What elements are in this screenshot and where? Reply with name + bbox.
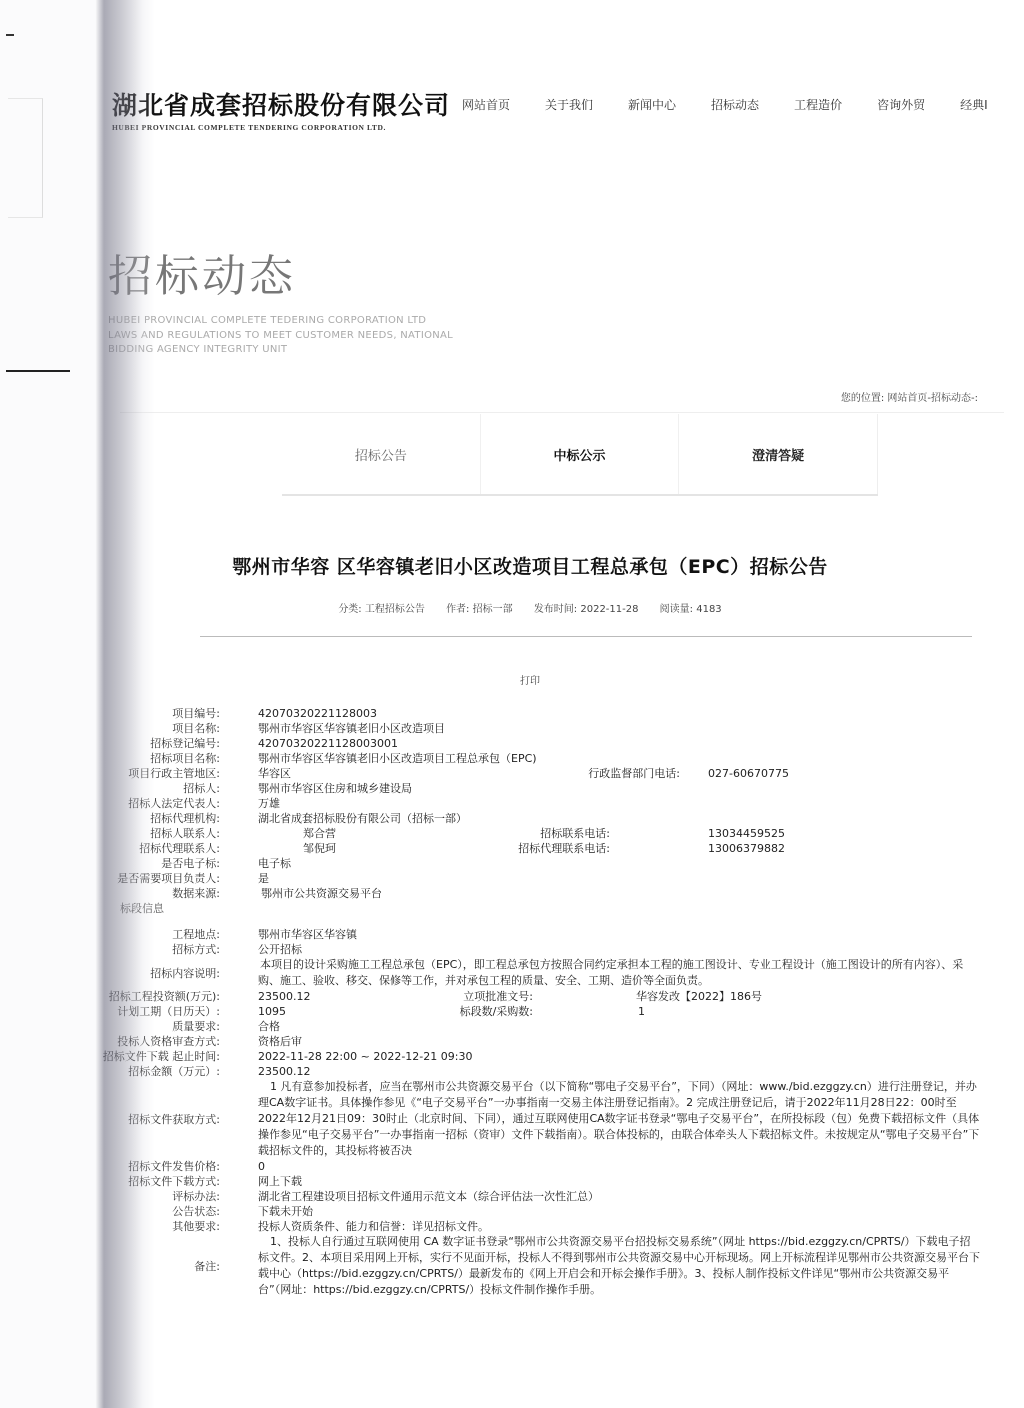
nav-classic[interactable]: 经典I bbox=[960, 96, 988, 113]
detail-row: 投标人资格审查方式: 资格后审 bbox=[100, 1034, 980, 1049]
breadcrumb[interactable]: 您的位置: 网站首页-招标动态-: bbox=[841, 389, 978, 404]
article-meta: 分类: 工程招标公告 作者: 招标一部 发布时间: 2022-11-28 阅读量… bbox=[0, 600, 1024, 615]
nav-home[interactable]: 网站首页 bbox=[462, 96, 510, 113]
divider bbox=[120, 412, 1004, 413]
value-tenderer: 鄂州市华容区住房和城乡建设局 bbox=[258, 781, 980, 796]
label-bid-project-name: 招标项目名称: bbox=[100, 751, 258, 766]
label-agency-phone: 招标代理联系电话: bbox=[430, 841, 610, 856]
detail-row: 备注: 1、投标人自行通过互联网使用 CA 数字证书登录“鄂州市公共资源交易平台… bbox=[100, 1234, 980, 1298]
tab-clarification[interactable]: 澄清答疑 bbox=[679, 414, 878, 494]
label-approval-no: 立项批准文号: bbox=[353, 989, 533, 1004]
value-eval-method: 湖北省工程建设项目招标文件通用示范文本（综合评估法一次性汇总） bbox=[258, 1189, 980, 1204]
detail-row: 公告状态: 下载未开始 bbox=[100, 1204, 980, 1219]
meta-published: 发布时间: 2022-11-28 bbox=[534, 604, 639, 615]
nav-tender-news[interactable]: 招标动态 bbox=[711, 96, 759, 113]
label-tenderer-contact: 招标人联系人: bbox=[100, 826, 258, 841]
value-qualification: 资格后审 bbox=[258, 1034, 980, 1049]
meta-category: 分类: 工程招标公告 bbox=[338, 604, 425, 615]
label-agency-contact: 招标代理联系人: bbox=[100, 841, 258, 856]
detail-row: 是否需要项目负责人: 是 bbox=[100, 871, 980, 886]
label-notice-status: 公告状态: bbox=[100, 1204, 258, 1219]
value-project-name: 鄂州市华容区华容镇老旧小区改造项目 bbox=[258, 721, 980, 736]
label-quality: 质量要求: bbox=[100, 1019, 258, 1034]
main-nav: 网站首页 关于我们 新闻中心 招标动态 工程造价 咨询外贸 经典I bbox=[462, 96, 1023, 113]
value-agency: 湖北省成套招标股份有限公司（招标一部） bbox=[258, 811, 980, 826]
value-method: 公开招标 bbox=[258, 942, 980, 957]
value-electronic: 电子标 bbox=[258, 856, 980, 871]
label-lot-count: 标段数/采购数: bbox=[353, 1004, 533, 1019]
company-logo[interactable]: 湖北省成套招标股份有限公司 HUBEI PROVINCIAL COMPLETE … bbox=[112, 86, 450, 132]
label-need-manager: 是否需要项目负责人: bbox=[100, 871, 258, 886]
label-tender-phone: 招标联系电话: bbox=[430, 826, 610, 841]
label-legal-rep: 招标人法定代表人: bbox=[100, 796, 258, 811]
company-name-en: HUBEI PROVINCIAL COMPLETE TENDERING CORP… bbox=[112, 123, 450, 132]
detail-row: 招标文件发售价格: 0 bbox=[100, 1159, 980, 1174]
tab-tender-notice[interactable]: 招标公告 bbox=[282, 414, 481, 494]
detail-row: 质量要求: 合格 bbox=[100, 1019, 980, 1034]
detail-row: 招标内容说明: 本项目的设计采购施工工程总承包（EPC），即工程总承包方按照合同… bbox=[100, 957, 980, 989]
label-eval-method: 评标办法: bbox=[100, 1189, 258, 1204]
label-remarks: 备注: bbox=[100, 1259, 258, 1274]
meta-views: 阅读量: 4183 bbox=[660, 604, 722, 615]
label-agency: 招标代理机构: bbox=[100, 811, 258, 826]
label-content: 招标内容说明: bbox=[100, 966, 258, 981]
detail-row: 计划工期（日历天）: 1095 标段数/采购数: 1 bbox=[100, 1004, 980, 1019]
detail-row: 招标文件下载方式: 网上下载 bbox=[100, 1174, 980, 1189]
value-remarks: 1、投标人自行通过互联网使用 CA 数字证书登录“鄂州市公共资源交易平台招投标交… bbox=[258, 1234, 980, 1298]
divider bbox=[200, 636, 972, 637]
detail-row: 招标工程投资额(万元): 23500.12 立项批准文号: 华容发改【2022】… bbox=[100, 989, 980, 1004]
value-need-manager: 是 bbox=[258, 871, 980, 886]
detail-row: 招标方式: 公开招标 bbox=[100, 942, 980, 957]
detail-row: 招标登记编号: 42070320221128003001 bbox=[100, 736, 980, 751]
value-agency-contact: 邹倪珂 bbox=[258, 841, 980, 856]
nav-news[interactable]: 新闻中心 bbox=[628, 96, 676, 113]
label-electronic: 是否电子标: bbox=[100, 856, 258, 871]
value-tender-phone: 13034459525 bbox=[708, 826, 785, 841]
detail-row: 招标金额（万元）: 23500.12 bbox=[100, 1064, 980, 1079]
label-supervision-phone: 行政监督部门电话: bbox=[500, 766, 680, 781]
value-download-period: 2022-11-28 22:00 ~ 2022-12-21 09:30 bbox=[258, 1049, 980, 1064]
value-bid-amount: 23500.12 bbox=[258, 1064, 980, 1079]
label-tenderer: 招标人: bbox=[100, 781, 258, 796]
detail-row: 数据来源: 鄂州市公共资源交易平台 bbox=[100, 886, 980, 901]
value-approval-no: 华容发改【2022】186号 bbox=[636, 989, 762, 1004]
label-qualification: 投标人资格审查方式: bbox=[100, 1034, 258, 1049]
label-bid-amount: 招标金额（万元）: bbox=[100, 1064, 258, 1079]
value-agency-phone: 13006379882 bbox=[708, 841, 785, 856]
detail-row: 招标文件下载 起止时间: 2022-11-28 22:00 ~ 2022-12-… bbox=[100, 1049, 980, 1064]
scan-line bbox=[6, 370, 70, 372]
section-heading: 标段信息 bbox=[100, 901, 980, 927]
value-bid-reg-no: 42070320221128003001 bbox=[258, 736, 980, 751]
detail-row: 招标项目名称: 鄂州市华容区华容镇老旧小区改造项目工程总承包（EPC) bbox=[100, 751, 980, 766]
value-lot-count: 1 bbox=[638, 1004, 645, 1019]
tender-details: 项目编号: 42070320221128003 项目名称: 鄂州市华容区华容镇老… bbox=[100, 706, 980, 1298]
banner-sub-line: HUBEI PROVINCIAL COMPLETE TEDERING CORPO… bbox=[108, 314, 453, 329]
tab-award-notice[interactable]: 中标公示 bbox=[481, 414, 680, 494]
label-bid-reg-no: 招标登记编号: bbox=[100, 736, 258, 751]
label-download-period: 招标文件下载 起止时间: bbox=[100, 1049, 258, 1064]
label-admin-region: 项目行政主管地区: bbox=[100, 766, 258, 781]
detail-row: 项目编号: 42070320221128003 bbox=[100, 706, 980, 721]
label-doc-obtain: 招标文件获取方式: bbox=[100, 1112, 258, 1127]
value-data-source: 鄂州市公共资源交易平台 bbox=[258, 886, 980, 901]
label-doc-download: 招标文件下载方式: bbox=[100, 1174, 258, 1189]
detail-row: 招标代理联系人: 邹倪珂 招标代理联系电话: 13006379882 bbox=[100, 841, 980, 856]
banner-sub-line: BIDDING AGENCY INTEGRITY UNIT bbox=[108, 343, 453, 358]
value-legal-rep: 万雄 bbox=[258, 796, 980, 811]
value-project-no: 42070320221128003 bbox=[258, 706, 980, 721]
banner-sub-line: LAWS AND REGULATIONS TO MEET CUSTOMER NE… bbox=[108, 329, 453, 344]
value-supervision-phone: 027-60670775 bbox=[708, 766, 789, 781]
label-other-req: 其他要求: bbox=[100, 1219, 258, 1234]
detail-row: 其他要求: 投标人资质条件、能力和信誉：详见招标文件。 bbox=[100, 1219, 980, 1234]
label-data-source: 数据来源: bbox=[100, 886, 258, 901]
category-tabs: 招标公告 中标公示 澄清答疑 bbox=[282, 414, 878, 496]
label-project-no: 项目编号: bbox=[100, 706, 258, 721]
value-quality: 合格 bbox=[258, 1019, 980, 1034]
scan-mark bbox=[6, 34, 14, 36]
value-doc-download: 网上下载 bbox=[258, 1174, 980, 1189]
value-bid-project-name: 鄂州市华容区华容镇老旧小区改造项目工程总承包（EPC) bbox=[258, 751, 980, 766]
detail-row: 是否电子标: 电子标 bbox=[100, 856, 980, 871]
detail-row: 招标人法定代表人: 万雄 bbox=[100, 796, 980, 811]
banner-subtitle: HUBEI PROVINCIAL COMPLETE TEDERING CORPO… bbox=[108, 314, 453, 358]
value-notice-status: 下载未开始 bbox=[258, 1204, 980, 1219]
banner-title: 招标动态 bbox=[108, 240, 296, 304]
value-other-req: 投标人资质条件、能力和信誉：详见招标文件。 bbox=[258, 1219, 980, 1234]
print-button[interactable]: 打印 bbox=[520, 672, 540, 687]
label-location: 工程地点: bbox=[100, 927, 258, 942]
label-doc-price: 招标文件发售价格: bbox=[100, 1159, 258, 1174]
company-name-cn: 湖北省成套招标股份有限公司 bbox=[112, 86, 450, 122]
detail-row: 招标人联系人: 郑合营 招标联系电话: 13034459525 bbox=[100, 826, 980, 841]
nav-about[interactable]: 关于我们 bbox=[545, 96, 593, 113]
detail-row: 项目名称: 鄂州市华容区华容镇老旧小区改造项目 bbox=[100, 721, 980, 736]
detail-row: 工程地点: 鄂州市华容区华容镇 bbox=[100, 927, 980, 942]
value-location: 鄂州市华容区华容镇 bbox=[258, 927, 980, 942]
detail-row: 评标办法: 湖北省工程建设项目招标文件通用示范文本（综合评估法一次性汇总） bbox=[100, 1189, 980, 1204]
detail-row: 招标人: 鄂州市华容区住房和城乡建设局 bbox=[100, 781, 980, 796]
value-tenderer-contact: 郑合营 bbox=[258, 826, 980, 841]
value-content: 本项目的设计采购施工工程总承包（EPC），即工程总承包方按照合同约定承担本工程的… bbox=[258, 957, 980, 989]
label-duration: 计划工期（日历天）: bbox=[100, 1004, 258, 1019]
nav-cost[interactable]: 工程造价 bbox=[794, 96, 842, 113]
label-method: 招标方式: bbox=[100, 942, 258, 957]
value-doc-price: 0 bbox=[258, 1159, 980, 1174]
scan-bracket bbox=[8, 98, 43, 218]
label-investment: 招标工程投资额(万元): bbox=[100, 989, 258, 1004]
meta-author: 作者: 招标一部 bbox=[446, 604, 513, 615]
detail-row: 招标代理机构: 湖北省成套招标股份有限公司（招标一部） bbox=[100, 811, 980, 826]
label-project-name: 项目名称: bbox=[100, 721, 258, 736]
article-title: 鄂州市华容 区华容镇老旧小区改造项目工程总承包（EPC）招标公告 bbox=[0, 552, 1024, 579]
nav-consulting[interactable]: 咨询外贸 bbox=[877, 96, 925, 113]
detail-row: 招标文件获取方式: 1 凡有意参加投标者，应当在鄂州市公共资源交易平台（以下简称… bbox=[100, 1079, 980, 1159]
value-doc-obtain: 1 凡有意参加投标者，应当在鄂州市公共资源交易平台（以下简称“鄂电子交易平台”，… bbox=[258, 1079, 980, 1159]
detail-row: 项目行政主管地区: 华容区 行政监督部门电话: 027-60670775 bbox=[100, 766, 980, 781]
